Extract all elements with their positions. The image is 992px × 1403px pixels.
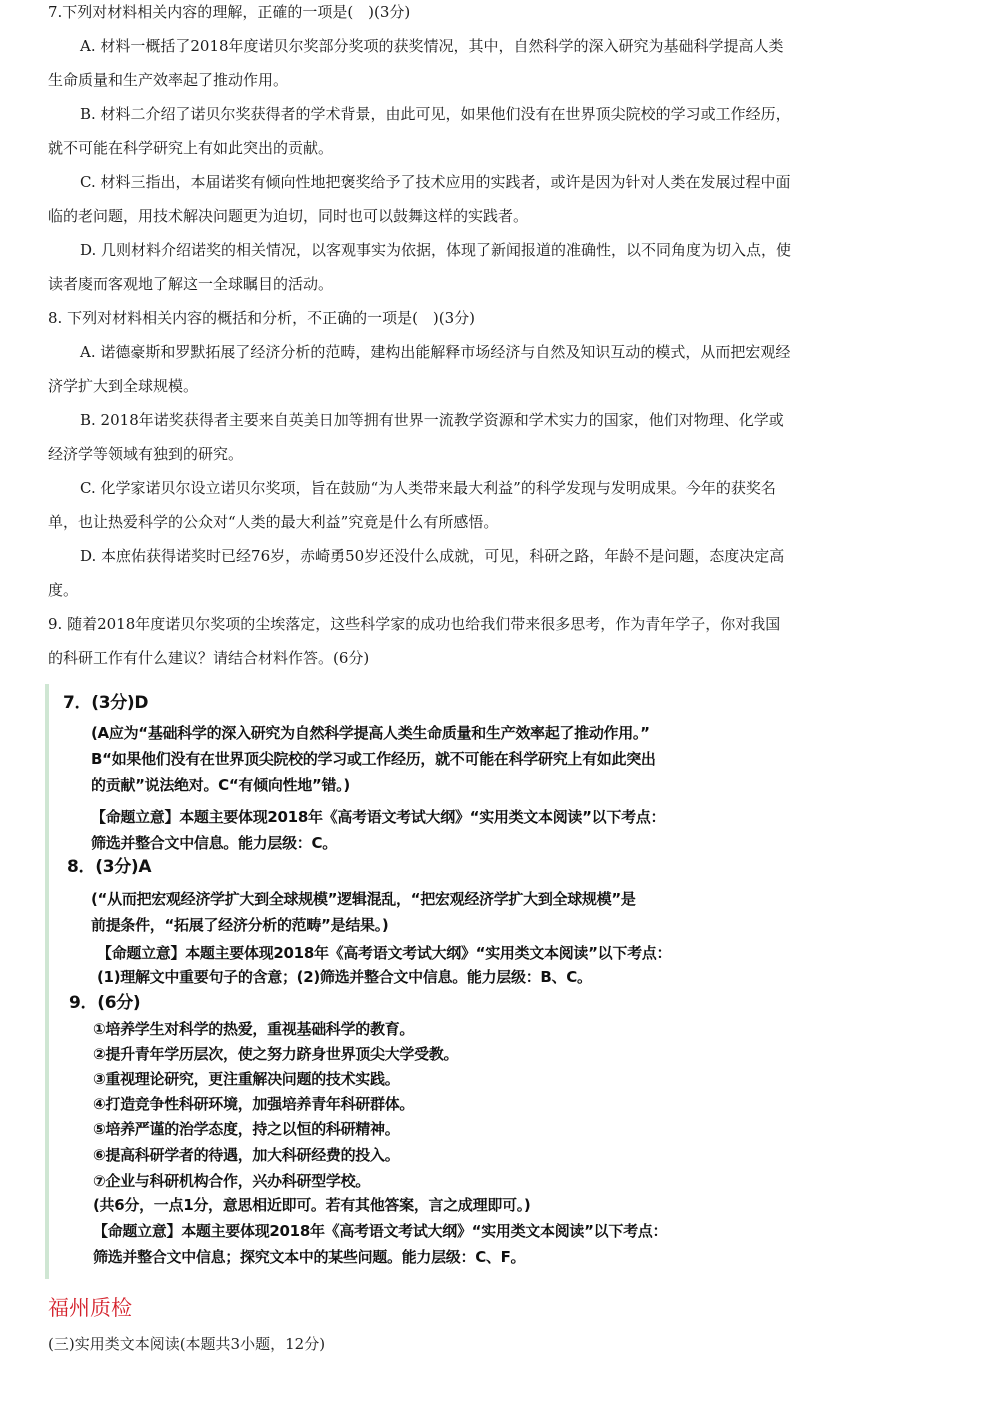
a7-line4: 【命题立意】本题主要体现2018年《高考语文考试大纲》“实用类文本阅读”以下考点… [91, 808, 665, 826]
a9-head: 9．(6分) [69, 994, 140, 1012]
q7-option-a: A. 材料一概括了2018年度诺贝尔奖部分奖项的获奖情况，其中，自然科学的深入研… [48, 38, 784, 55]
q7-option-b: B. 材料二介绍了诺贝尔奖获得者的学术背景，由此可见，如果他们没有在世界顶尖院校… [48, 106, 791, 123]
q8-option-b-cont: 经济学等领域有独到的研究。 [48, 446, 243, 463]
a7-line5: 筛选并整合文中信息。能力层级：C。 [91, 834, 337, 852]
a9-item-4: ④打造竞争性科研环境，加强培养青年科研群体。 [93, 1095, 414, 1113]
q8-option-d: D. 本庶佑获得诺奖时已经76岁，赤崎勇50岁还没什么成就，可见，科研之路，年龄… [48, 548, 784, 565]
a7-line2: B“如果他们没有在世界顶尖院校的学习或工作经历，就不可能在科学研究上有如此突出 [91, 750, 656, 768]
section-title: 福州质检 [48, 1292, 132, 1322]
q7-option-d: D. 几则材料介绍诺奖的相关情况，以客观事实为依据，体现了新闻报道的准确性，以不… [48, 242, 791, 259]
q7-option-c-cont: 临的老问题，用技术解决问题更为迫切，同时也可以鼓舞这样的实践者。 [48, 208, 528, 225]
a8-line3: 【命题立意】本题主要体现2018年《高考语文考试大纲》“实用类文本阅读”以下考点… [97, 944, 671, 962]
q8-option-c: C. 化学家诺贝尔设立诺贝尔奖项，旨在鼓励“为人类带来最大利益”的科学发现与发明… [48, 480, 776, 497]
q9-stem: 9. 随着2018年度诺贝尔奖项的尘埃落定，这些科学家的成功也给我们带来很多思考… [48, 616, 780, 633]
a8-line1: (“从而把宏观经济学扩大到全球规模”逻辑混乱，“把宏观经济学扩大到全球规模”是 [91, 890, 636, 908]
q9-stem-cont: 的科研工作有什么建议？请结合材料作答。(6分) [48, 650, 369, 667]
q7-option-b-cont: 就不可能在科学研究上有如此突出的贡献。 [48, 140, 333, 157]
a8-line4: (1)理解文中重要句子的含意；(2)筛选并整合文中信息。能力层级：B、C。 [97, 968, 592, 986]
q8-option-d-cont: 度。 [48, 582, 78, 599]
q7-stem: 7.下列对材料相关内容的理解，正確的一项是( )(3分) [48, 4, 410, 21]
a9-item-7: ⑦企业与科研机构合作，兴办科研型学校。 [93, 1172, 370, 1190]
a9-item-2: ②提升青年学历层次，使之努力跻身世界顶尖大学受教。 [93, 1045, 458, 1063]
q8-stem: 8. 下列对材料相关内容的概括和分析，不正确的一项是( )(3分) [48, 310, 475, 327]
answer-key-scan: 7．(3分)D (A应为“基础科学的深入研究为自然科学提高人类生命质量和生产效率… [45, 684, 749, 1279]
q8-option-a-cont: 济学扩大到全球规模。 [48, 378, 198, 395]
q8-option-a: A. 诺德豪斯和罗默拓展了经济分析的范畴，建构出能解释市场经济与自然及知识互动的… [48, 344, 790, 361]
a9-item-5: ⑤培养严谨的治学态度，持之以恒的科研精神。 [93, 1120, 399, 1138]
a7-head: 7．(3分)D [63, 694, 148, 712]
a9-item-3: ③重视理论研究，更注重解决问题的技术实践。 [93, 1070, 399, 1088]
a7-line1: (A应为“基础科学的深入研究为自然科学提高人类生命质量和生产效率起了推动作用。” [91, 724, 650, 742]
a8-line2: 前提条件，“拓展了经济分析的范畴”是结果。) [91, 916, 388, 934]
q8-option-b: B. 2018年诺奖获得者主要来自英美日加等拥有世界一流教学资源和学术实力的国家… [48, 412, 784, 429]
a9-note: (共6分，一点1分，意思相近即可。若有其他答案，言之成理即可。) [93, 1196, 531, 1214]
q7-option-c: C. 材料三指出，本届诺奖有倾向性地把褒奖给予了技术应用的实践者，或许是因为针对… [48, 174, 790, 191]
a9-line2: 筛选并整合文中信息；探究文本中的某些问题。能力层级：C、F。 [93, 1248, 525, 1266]
a9-item-1: ①培养学生对科学的热爱，重视基础科学的教育。 [93, 1020, 414, 1038]
q7-option-a-cont: 生命质量和生产效率起了推动作用。 [48, 72, 288, 89]
q7-option-d-cont: 读者庱而客观地了解这一全球瞩目的活动。 [48, 276, 333, 293]
a8-head: 8．(3分)A [67, 858, 151, 876]
q8-option-c-cont: 单，也让热爱科学的公众对“人类的最大利益”究竟是什么有所感悟。 [48, 514, 498, 531]
a9-line1: 【命题立意】本题主要体现2018年《高考语文考试大纲》“实用类文本阅读”以下考点… [93, 1222, 667, 1240]
section-subtitle: (三)实用类文本阅读(本题共3小题，12分) [48, 1333, 325, 1354]
a7-line3: 的贡献”说法绝对。C“有倾向性地”错。) [91, 776, 350, 794]
a9-item-6: ⑥提高科研学者的待遇，加大科研经费的投入。 [93, 1146, 399, 1164]
